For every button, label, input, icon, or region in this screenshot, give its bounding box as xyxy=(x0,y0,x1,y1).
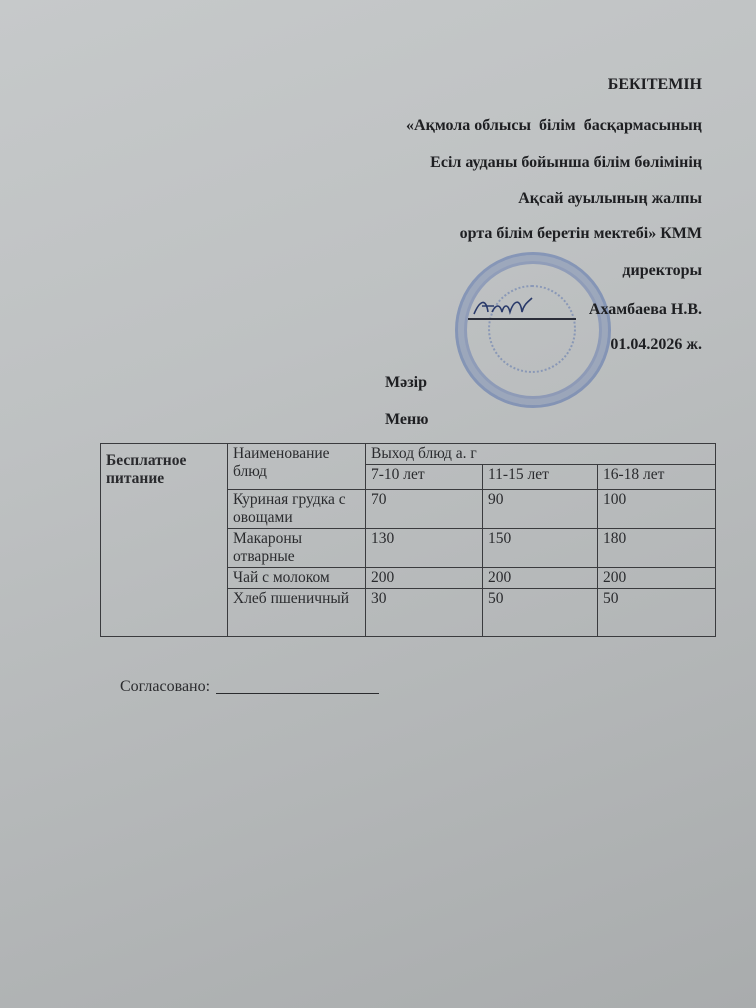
age-group-header: 16-18 лет xyxy=(598,465,716,490)
age-group-header: 11-15 лет xyxy=(483,465,598,490)
agreed-label: Согласовано: xyxy=(120,678,210,695)
dish-name: Куриная грудка с овощами xyxy=(228,490,366,529)
agreed-field: Согласовано: xyxy=(120,678,379,696)
yield-value: 90 xyxy=(483,490,598,529)
title-russian: Меню xyxy=(385,411,428,429)
yield-value: 30 xyxy=(366,589,483,637)
approval-line-2: Есіл ауданы бойынша білім бөлімінің xyxy=(430,154,702,172)
dish-header-cell: Наименование блюд xyxy=(228,444,366,490)
dish-name: Чай с молоком xyxy=(228,568,366,589)
yield-value: 130 xyxy=(366,529,483,568)
age-group-header: 7-10 лет xyxy=(366,465,483,490)
approval-line-3: Ақсай ауылының жалпы xyxy=(518,190,702,208)
yield-value: 200 xyxy=(483,568,598,589)
title-kazakh: Мәзір xyxy=(385,374,427,392)
yield-value: 70 xyxy=(366,490,483,529)
dish-name: Макароны отварные xyxy=(228,529,366,568)
yield-value: 100 xyxy=(598,490,716,529)
yield-value: 200 xyxy=(366,568,483,589)
approval-heading: БЕКІТЕМІН xyxy=(608,76,702,94)
approval-position: директоры xyxy=(622,262,702,280)
agreed-signature-line xyxy=(216,693,379,694)
yield-value: 150 xyxy=(483,529,598,568)
approval-line-4: орта білім беретін мектебі» КММ xyxy=(460,225,702,243)
yield-value: 200 xyxy=(598,568,716,589)
menu-table: Бесплатное питание Наименование блюд Вых… xyxy=(100,443,716,637)
dish-name: Хлеб пшеничный xyxy=(228,589,366,637)
yield-header-cell: Выход блюд а. г xyxy=(366,444,716,465)
yield-value: 50 xyxy=(483,589,598,637)
yield-value: 50 xyxy=(598,589,716,637)
signatory-name: Ахамбаева Н.В. xyxy=(589,301,702,319)
approval-date: 01.04.2026 ж. xyxy=(610,336,702,354)
signature-line xyxy=(468,318,576,320)
approval-line-1: «Ақмола облысы білім басқармасының xyxy=(406,117,702,135)
yield-value: 180 xyxy=(598,529,716,568)
section-label-cell: Бесплатное питание xyxy=(101,444,228,637)
official-seal-icon xyxy=(455,252,611,408)
